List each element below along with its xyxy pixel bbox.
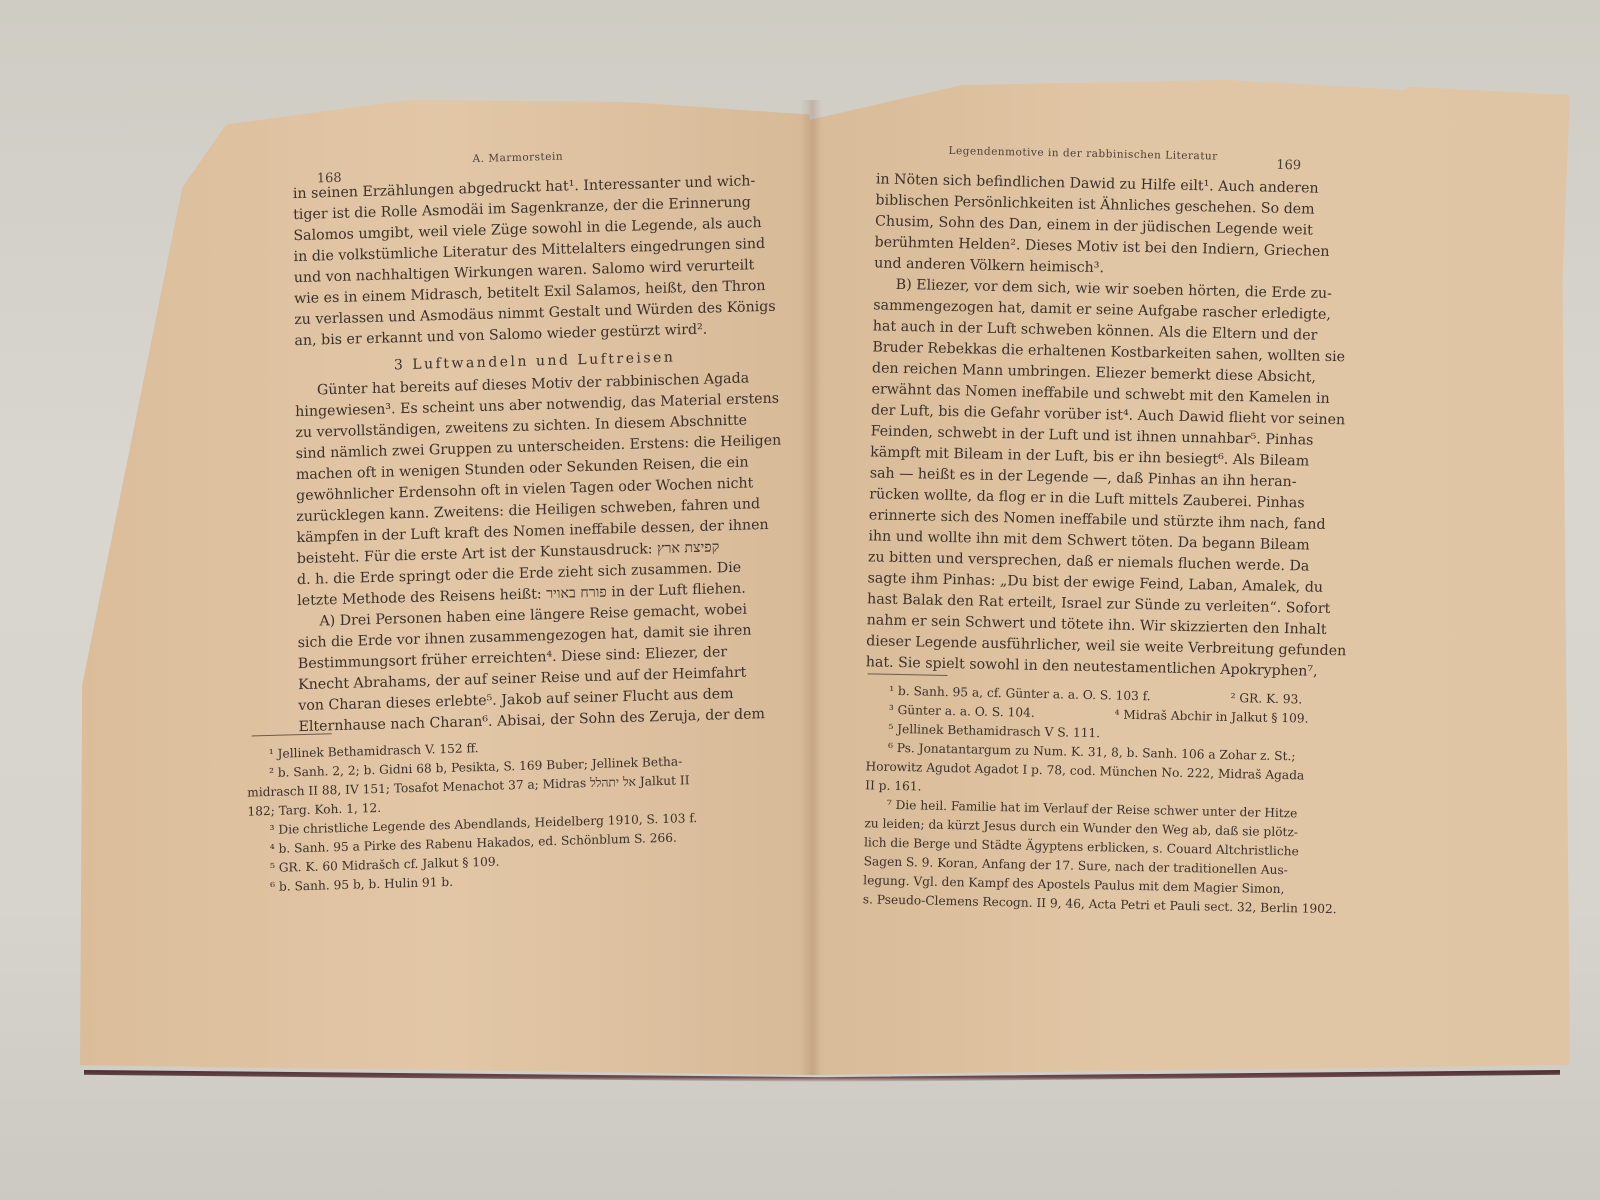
running-head: A. Marmorstein: [473, 151, 564, 166]
footnote: ² GR. K. 93.: [1230, 689, 1302, 709]
body-text: in Nöten sich befindlichen Dawid zu Hilf…: [866, 169, 1366, 683]
body-text: in seinen Erzählungen abgedruckt hat¹. I…: [293, 171, 779, 738]
footnotes: ¹ Jellinek Bethamidrasch V. 152 ff. ² b.…: [247, 731, 768, 898]
page-number: 169: [1276, 158, 1301, 174]
right-page: Legendenmotive in der rabbinischen Liter…: [810, 80, 1570, 1075]
footnotes: ¹ b. Sanh. 95 a, cf. Günter a. a. O. S. …: [863, 681, 1388, 920]
footnote: ⁴ Midraš Abchir in Jalkut § 109.: [1114, 706, 1308, 729]
running-head: Legendenmotive in der rabbinischen Liter…: [948, 145, 1217, 163]
left-page: 168 A. Marmorstein in seinen Erzählungen…: [80, 100, 810, 1075]
